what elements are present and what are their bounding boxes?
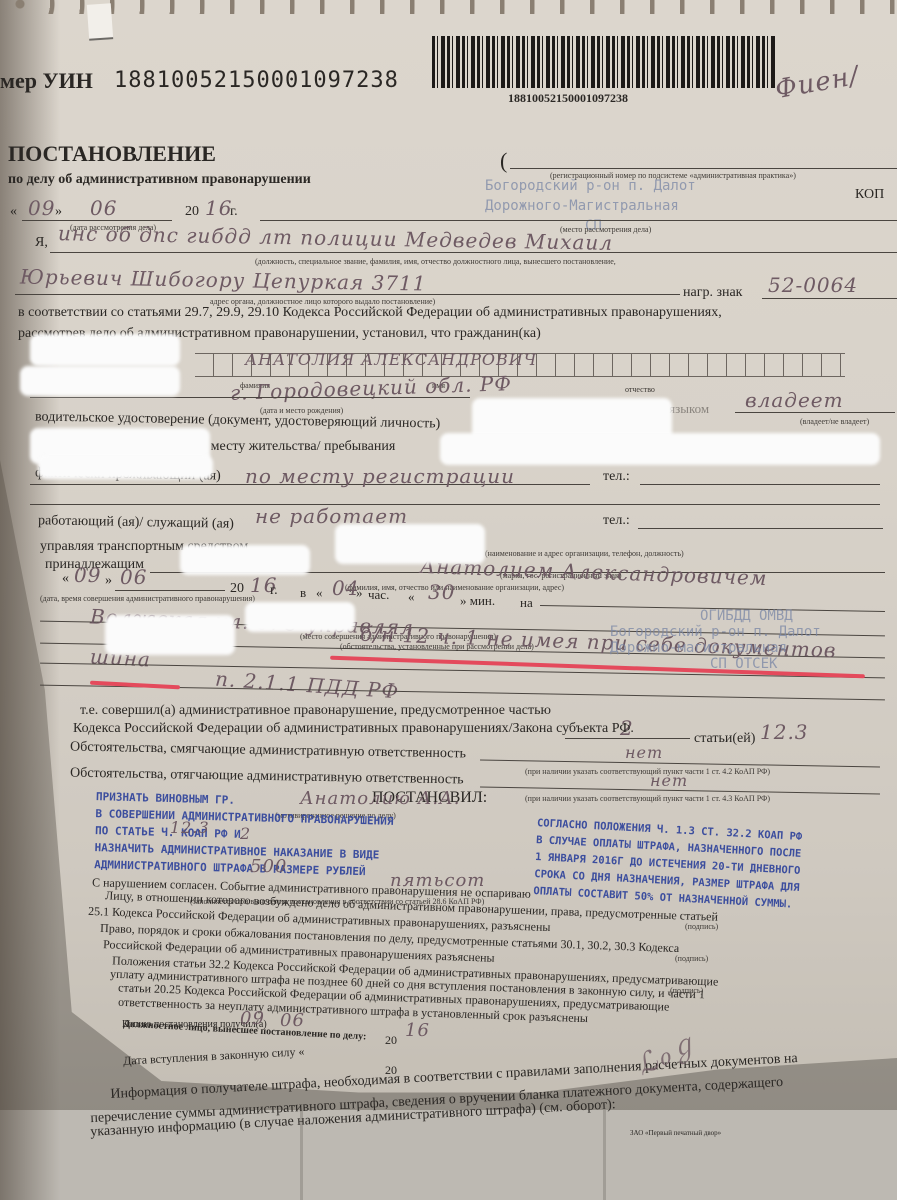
decision-part: 2	[240, 826, 251, 842]
redaction	[105, 615, 235, 655]
reg-bracket: (	[500, 150, 507, 172]
copy-label: КОП	[855, 188, 884, 202]
uin-label: мер УИН	[0, 70, 93, 92]
uin-number: 18810052150001097238	[114, 70, 399, 92]
redaction	[440, 433, 880, 465]
redaction	[180, 545, 310, 575]
working-value: не работает	[255, 506, 408, 526]
stamp-mid: ОГИБДД ОМВДБогородский р-он п. ДалотДоро…	[610, 608, 821, 672]
offense-min: 30	[428, 582, 455, 602]
binding-holes	[0, 0, 897, 14]
offense-day: 09	[74, 565, 101, 585]
badge-label: нагр. знак	[683, 286, 743, 300]
actual-address: по месту регистрации	[245, 466, 515, 486]
paper-tab	[87, 3, 113, 41]
decision-name: Анатолию А.А.	[300, 790, 460, 808]
redaction	[30, 334, 180, 366]
copy-year: 16	[405, 1022, 430, 1040]
document-title: ПОСТАНОВЛЕНИЕ	[8, 143, 216, 165]
fine-amount: 500	[250, 858, 287, 876]
violation-article: 12.3	[760, 722, 809, 742]
mitigating-value: нет	[625, 745, 663, 761]
citizen-name: АНАТОЛИЯ АЛЕКСАНДРОВИЧ	[245, 352, 537, 368]
review-month: 06	[90, 198, 117, 218]
review-year: 16	[205, 198, 232, 218]
redaction	[20, 366, 180, 396]
official-handwriting-2: Юрьевич Шибогору Цепуркая 3711	[20, 266, 427, 293]
badge-value: 52-0064	[768, 275, 858, 295]
document-subtitle: по делу об административном правонарушен…	[8, 173, 311, 187]
offense-month: 06	[120, 567, 147, 587]
review-day: 09	[28, 198, 55, 218]
redaction	[245, 602, 355, 632]
redaction	[38, 455, 213, 479]
language-value: владеет	[745, 390, 844, 410]
redaction	[335, 524, 485, 564]
decision-right-stamp: СОГЛАСНО ПОЛОЖЕНИЯ Ч. 1.3 СТ. 32.2 КОАП …	[533, 815, 803, 914]
barcode	[432, 36, 777, 88]
decision-article: 12.3	[170, 820, 210, 836]
aggravating-value: нет	[650, 773, 688, 789]
barcode-text: 18810052150001097238	[508, 92, 628, 104]
